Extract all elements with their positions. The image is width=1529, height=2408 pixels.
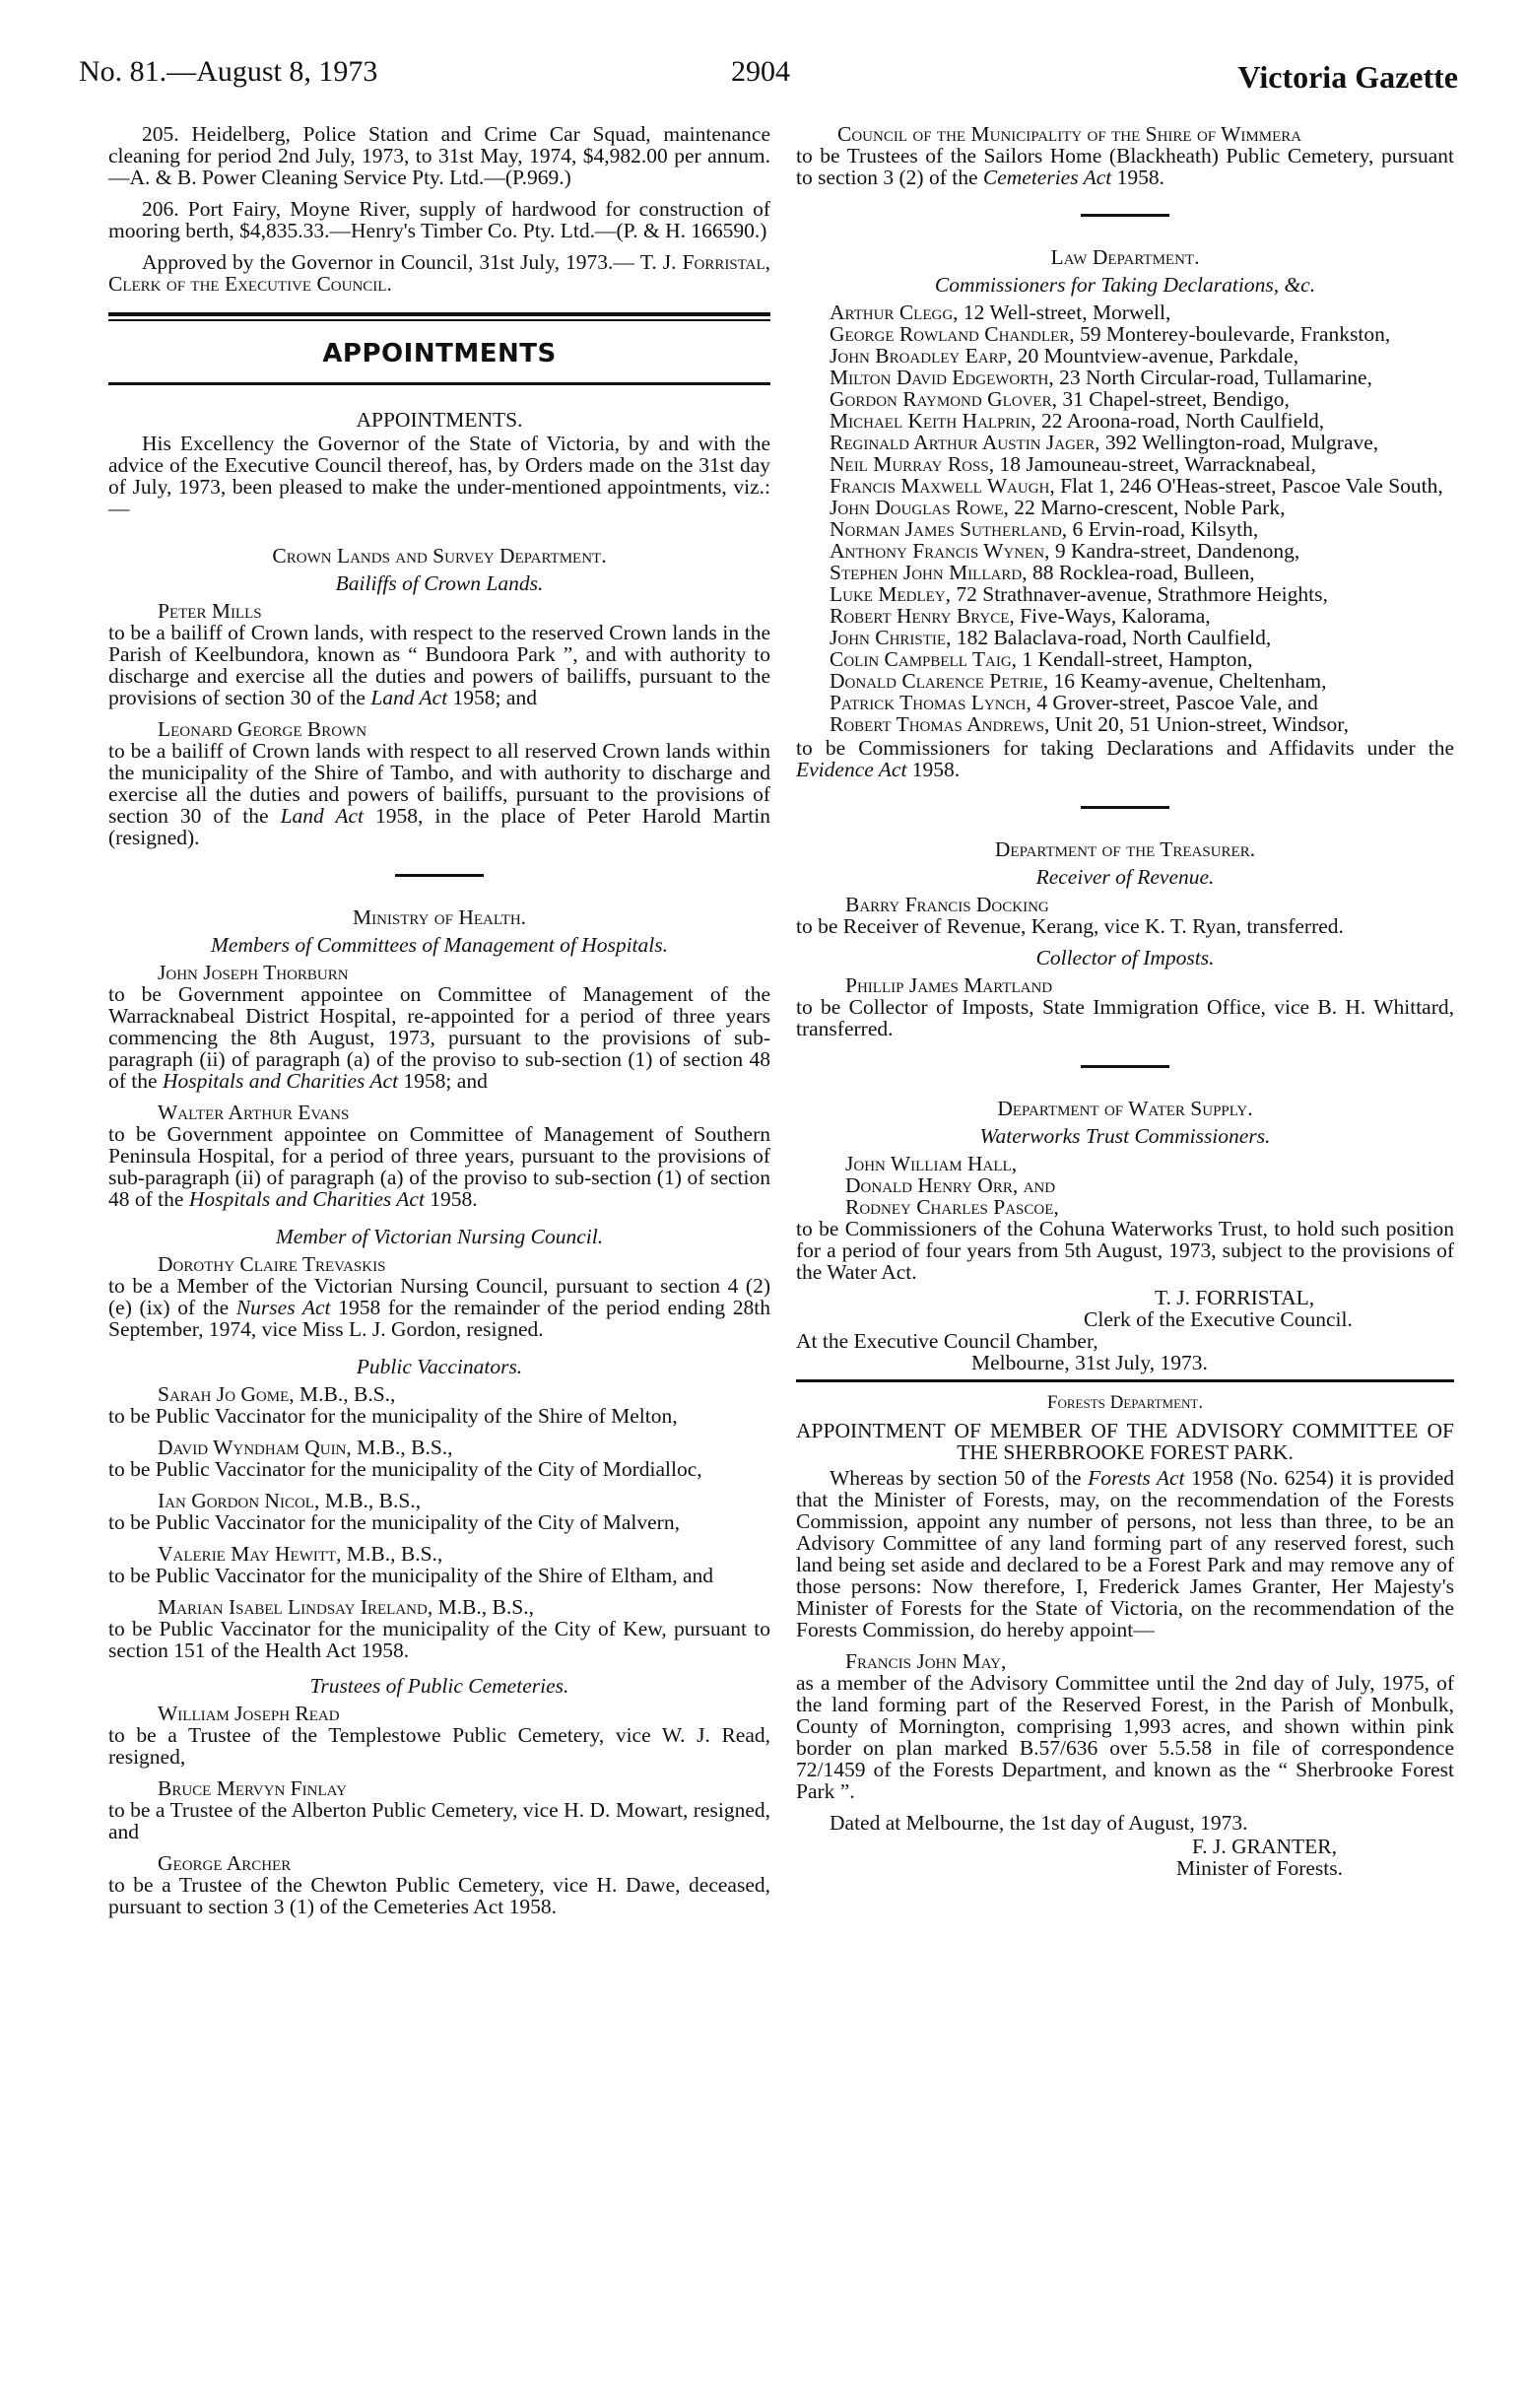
commissioner-address: , 16 Keamy-avenue, Cheltenham, [1043,669,1327,693]
water-heading: Department of Water Supply. [796,1098,1454,1119]
commissioner-name: Gordon Raymond Glover [830,387,1052,411]
commissioner-entry: Milton David Edgeworth, 23 North Circula… [796,367,1454,388]
appointee-name: John Joseph Thorburn [108,962,770,983]
commissioner-entry: John Broadley Earp, 20 Mountview-avenue,… [796,345,1454,367]
divider [1081,806,1169,809]
section-rule-top-thin [108,319,770,321]
commissioner-address: , 59 Monterey-boulevarde, Frankston, [1069,322,1390,346]
commissioner-address: , Flat 1, 246 O'Heas-street, Pascoe Vale… [1049,474,1442,498]
appointments-title: APPOINTMENTS. [108,409,770,431]
commissioner-entry: Francis Maxwell Waugh, Flat 1, 246 O'Hea… [796,475,1454,497]
forests-title: APPOINTMENT OF MEMBER OF THE ADVISORY CO… [796,1420,1454,1463]
signer-title: Minister of Forests. [796,1857,1454,1879]
commissioner-entry: Michael Keith Halprin, 22 Aroona-road, N… [796,410,1454,432]
commissioner-address: , 1 Kendall-street, Hampton, [1012,647,1253,671]
forests-heading: Forests Department. [796,1392,1454,1414]
appointee-name: Dorothy Claire Trevaskis [108,1253,770,1275]
appointments-banner: APPOINTMENTS [108,343,770,365]
appointee-name: John William Hall, [796,1153,1454,1174]
appointment-text: to be Government appointee on Committee … [108,1123,770,1210]
commissioner-name: Norman James Sutherland [830,517,1062,541]
appointment-text: to be a Trustee of the Alberton Public C… [108,1799,770,1842]
appointment-text: to be Public Vaccinator for the municipa… [108,1458,770,1480]
commissioner-address: , 22 Marno-crescent, Noble Park, [1003,496,1285,519]
commissioner-entry: Patrick Thomas Lynch, 4 Grover-street, P… [796,692,1454,713]
commissioner-name: Anthony Francis Wynen [830,539,1044,563]
commissioner-address: , 72 Strathnaver-avenue, Strathmore Heig… [946,582,1328,606]
commissioner-entry: Anthony Francis Wynen, 9 Kandra-street, … [796,540,1454,562]
section-rule-top [108,312,770,316]
appointee-name: Walter Arthur Evans [108,1102,770,1123]
commissioner-name: Arthur Clegg [830,301,953,324]
cemeteries-subheading: Trustees of Public Cemeteries. [108,1675,770,1697]
right-column: Council of the Municipality of the Shire… [796,123,1454,1879]
appointment-text: to be Trustees of the Sailors Home (Blac… [796,145,1454,188]
appointment-text: to be Public Vaccinator for the municipa… [108,1565,770,1586]
divider [1081,1065,1169,1068]
divider [395,874,484,877]
appointment-text: to be Public Vaccinator for the municipa… [108,1618,770,1661]
commissioners-closing: to be Commissioners for taking Declarati… [796,737,1454,780]
commissioner-address: , 182 Balaclava-road, North Caulfield, [946,626,1271,649]
appointee-name: Sarah Jo Gome, M.B., B.S., [108,1383,770,1405]
commissioner-address: , 23 North Circular-road, Tullamarine, [1048,366,1372,389]
gazette-page: No. 81.—August 8, 1973 2904 Victoria Gaz… [0,0,1529,2408]
law-heading: Law Department. [796,246,1454,268]
commissioner-entry: Gordon Raymond Glover, 31 Chapel-street,… [796,388,1454,410]
commissioner-entry: Stephen John Millard, 88 Rocklea-road, B… [796,562,1454,583]
commissioner-name: John Douglas Rowe [830,496,1003,519]
collector-subheading: Collector of Imposts. [796,947,1454,969]
appointee-name: Barry Francis Docking [796,894,1454,915]
waterworks-subheading: Waterworks Trust Commissioners. [796,1125,1454,1147]
appointment-text: to be a Member of the Victorian Nursing … [108,1275,770,1340]
signer-title: Clerk of the Executive Council. [796,1308,1454,1330]
commissioner-entry: George Rowland Chandler, 59 Monterey-bou… [796,323,1454,345]
commissioner-address: , 18 Jamouneau-street, Warracknabeal, [989,452,1316,476]
commissioner-address: , 88 Rocklea-road, Bulleen, [1022,561,1254,584]
commissioner-name: Robert Henry Bryce [830,604,1009,628]
commissioner-name: Stephen John Millard [830,561,1022,584]
appointee-name: Rodney Charles Pascoe, [796,1196,1454,1218]
issue-date: No. 81.—August 8, 1973 [79,55,377,89]
commissioner-entry: John Douglas Rowe, 22 Marno-crescent, No… [796,497,1454,518]
receiver-subheading: Receiver of Revenue. [796,866,1454,888]
commissioner-address: , 12 Well-street, Morwell, [953,301,1170,324]
publication-title: Victoria Gazette [1237,59,1458,96]
appointee-name: Francis John May, [796,1650,1454,1672]
tender-item-205: 205. Heidelberg, Police Station and Crim… [108,123,770,188]
appointee-name: Phillip James Martland [796,974,1454,996]
commissioner-entry: Robert Henry Bryce, Five-Ways, Kalorama, [796,605,1454,627]
commissioner-entry: Luke Medley, 72 Strathnaver-avenue, Stra… [796,583,1454,605]
commissioner-name: Patrick Thomas Lynch [830,691,1026,714]
appointee-name: Leonard George Brown [108,718,770,740]
signer-name: F. J. GRANTER, [796,1836,1454,1857]
page-number: 2904 [731,55,790,89]
left-column: 205. Heidelberg, Police Station and Crim… [108,123,770,1927]
appointee-name: Valerie May Hewitt, M.B., B.S., [108,1543,770,1565]
treasurer-heading: Department of the Treasurer. [796,838,1454,860]
section-rule-bottom [108,382,770,385]
commissioner-name: Milton David Edgeworth [830,366,1048,389]
appointment-text: to be Public Vaccinator for the municipa… [108,1511,770,1533]
section-rule [796,1379,1454,1382]
vaccinators-subheading: Public Vaccinators. [108,1356,770,1377]
appointment-text: to be Commissioners of the Cohuna Waterw… [796,1218,1454,1283]
appointments-intro: His Excellency the Governor of the State… [108,433,770,519]
approval-text: Approved by the Governor in Council, 31s… [142,250,634,274]
commissioner-name: Francis Maxwell Waugh [830,474,1049,498]
commissioner-entry: John Christie, 182 Balaclava-road, North… [796,627,1454,648]
commissioner-entry: Colin Campbell Taig, 1 Kendall-street, H… [796,648,1454,670]
nursing-subheading: Member of Victorian Nursing Council. [108,1226,770,1247]
commissioner-name: Donald Clarence Petrie [830,669,1043,693]
hospitals-subheading: Members of Committees of Management of H… [108,934,770,956]
appointment-text: to be Public Vaccinator for the municipa… [108,1405,770,1427]
appointee-name: Bruce Mervyn Finlay [108,1777,770,1799]
appointee-name: Council of the Municipality of the Shire… [796,123,1454,145]
commissioner-name: John Christie [830,626,946,649]
appointment-text: to be a Trustee of the Chewton Public Ce… [108,1874,770,1917]
commissioner-entry: Robert Thomas Andrews, Unit 20, 51 Union… [796,713,1454,735]
appointee-name: William Joseph Read [108,1703,770,1724]
appointee-name: David Wyndham Quin, M.B., B.S., [108,1437,770,1458]
appointee-name: Donald Henry Orr, and [796,1174,1454,1196]
commissioner-address: , 392 Wellington-road, Mulgrave, [1095,431,1378,454]
commissioner-name: Robert Thomas Andrews [830,712,1044,736]
signer-name: T. J. FORRISTAL, [796,1287,1454,1308]
commissioner-address: , 6 Ervin-road, Kilsyth, [1062,517,1258,541]
appointment-text: to be a bailiff of Crown lands with resp… [108,740,770,848]
dated-line: Dated at Melbourne, the 1st day of Augus… [796,1812,1454,1834]
appointee-name: Ian Gordon Nicol, M.B., B.S., [108,1490,770,1511]
commissioner-address: , 22 Aroona-road, North Caulfield, [1030,409,1324,433]
bailiffs-subheading: Bailiffs of Crown Lands. [108,572,770,594]
appointment-text: to be Receiver of Revenue, Kerang, vice … [796,915,1454,937]
commissioners-list: Arthur Clegg, 12 Well-street, Morwell,Ge… [796,301,1454,735]
appointee-name: George Archer [108,1852,770,1874]
appointment-text: to be Government appointee on Committee … [108,983,770,1092]
health-heading: Ministry of Health. [108,906,770,928]
commissioner-name: Reginald Arthur Austin Jager [830,431,1095,454]
commissioner-address: , 31 Chapel-street, Bendigo, [1052,387,1290,411]
commissioners-subheading: Commissioners for Taking Declarations, &… [796,274,1454,296]
divider [1081,214,1169,217]
commissioner-address: , 9 Kandra-street, Dandenong, [1044,539,1299,563]
appointee-name: Marian Isabel Lindsay Ireland, M.B., B.S… [108,1596,770,1618]
signing-date: Melbourne, 31st July, 1973. [796,1352,1454,1373]
commissioner-entry: Arthur Clegg, 12 Well-street, Morwell, [796,301,1454,323]
commissioner-name: Michael Keith Halprin [830,409,1030,433]
appointment-text: to be a Trustee of the Templestowe Publi… [108,1724,770,1768]
approval-note: Approved by the Governor in Council, 31s… [108,251,770,295]
commissioner-address: , 20 Mountview-avenue, Parkdale, [1007,344,1298,368]
commissioner-address: , 4 Grover-street, Pascoe Vale, and [1026,691,1318,714]
commissioner-entry: Neil Murray Ross, 18 Jamouneau-street, W… [796,453,1454,475]
commissioner-entry: Reginald Arthur Austin Jager, 392 Wellin… [796,432,1454,453]
commissioner-address: , Five-Ways, Kalorama, [1009,604,1210,628]
forests-whereas: Whereas by section 50 of the Forests Act… [796,1467,1454,1640]
appointment-text: as a member of the Advisory Committee un… [796,1672,1454,1802]
signing-place: At the Executive Council Chamber, [796,1330,1454,1352]
appointment-text: to be a bailiff of Crown lands, with res… [108,622,770,708]
commissioner-name: Neil Murray Ross [830,452,989,476]
commissioner-entry: Donald Clarence Petrie, 16 Keamy-avenue,… [796,670,1454,692]
commissioner-name: John Broadley Earp [830,344,1007,368]
appointment-text: to be Collector of Imposts, State Immigr… [796,996,1454,1039]
tender-item-206: 206. Port Fairy, Moyne River, supply of … [108,198,770,241]
commissioner-name: George Rowland Chandler [830,322,1069,346]
crown-lands-heading: Crown Lands and Survey Department. [108,545,770,567]
commissioner-address: , Unit 20, 51 Union-street, Windsor, [1044,712,1349,736]
commissioner-name: Colin Campbell Taig [830,647,1012,671]
commissioner-entry: Norman James Sutherland, 6 Ervin-road, K… [796,518,1454,540]
appointee-name: Peter Mills [108,600,770,622]
commissioner-name: Luke Medley [830,582,946,606]
